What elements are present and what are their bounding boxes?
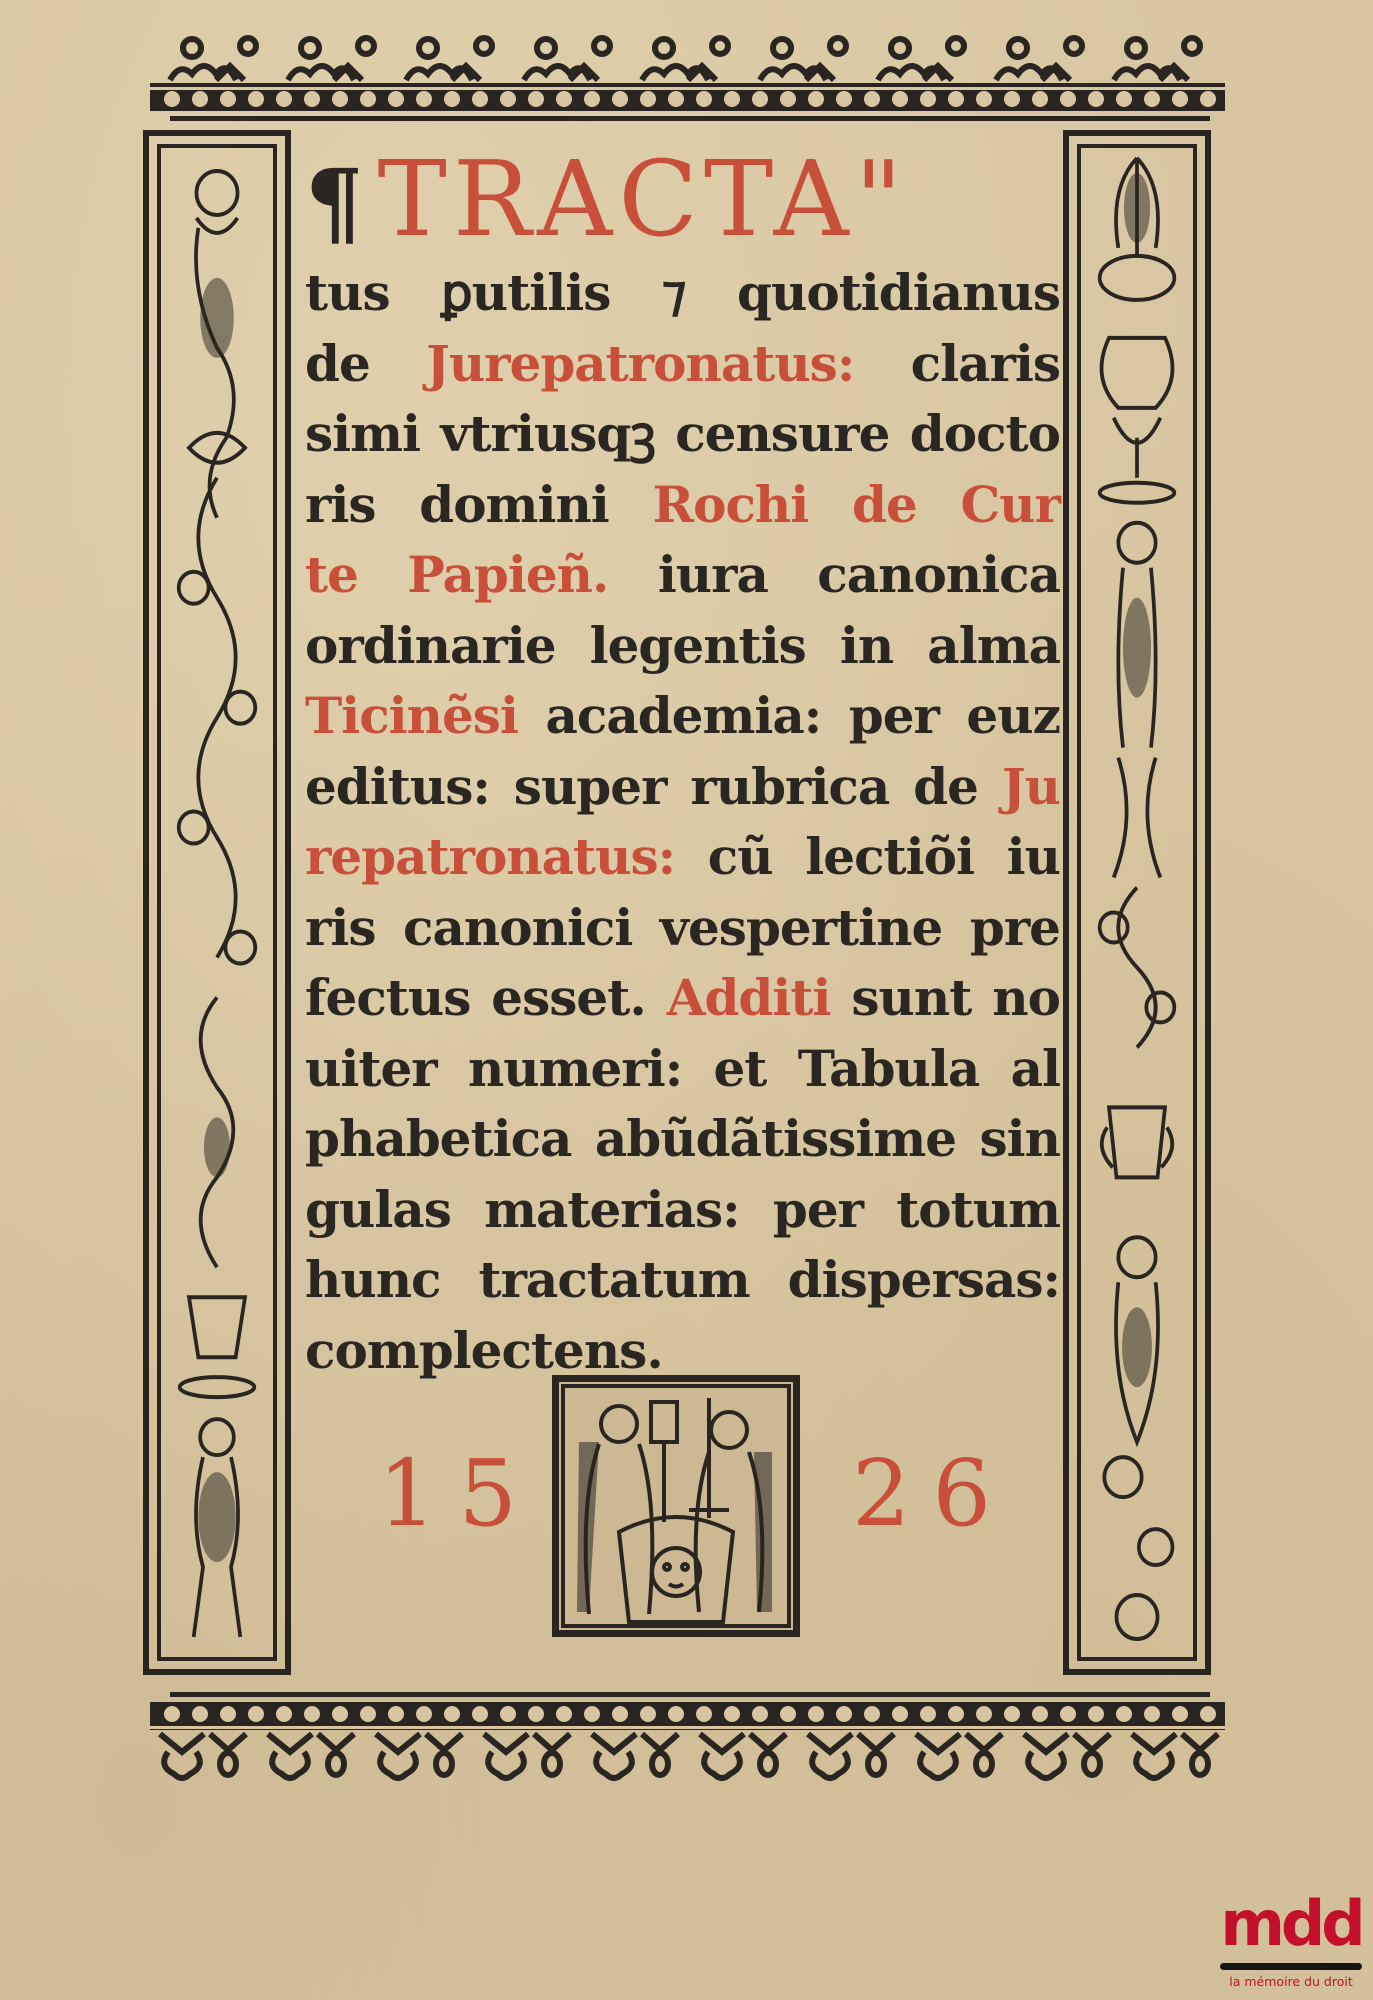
title-line-6: te Papieñ. iura canonica — [305, 540, 1060, 611]
title-line-9: editus: super rubrica de Ju — [305, 752, 1060, 823]
rubric-segment: Rochi de Cur — [653, 475, 1060, 534]
logo-divider — [1220, 1963, 1362, 1970]
text-segment: simi vtriusqꝫ censure docto — [305, 404, 1060, 463]
text-segment: uiter numeri: et Tabula al — [305, 1039, 1060, 1098]
title-word-tractatus: TRACTA" — [378, 138, 909, 260]
title-line-2: tus ꝑutilis ⁊ quotidianus — [305, 258, 1060, 329]
pilcrow-mark: ¶ — [305, 149, 370, 257]
text-segment: complectens. — [305, 1321, 663, 1380]
text-segment: de — [305, 334, 426, 393]
title-line-10: repatronatus: cũ lectiõi iu — [305, 822, 1060, 893]
year-right: 26 — [852, 1440, 1013, 1547]
rubric-segment: Additi — [667, 968, 831, 1027]
bottom-ornamental-border — [150, 1690, 1225, 1785]
rubric-segment: te Papieñ. — [305, 545, 608, 604]
title-line-3: de Jurepatronatus: claris — [305, 329, 1060, 400]
rubric-segment: repatronatus: — [305, 827, 675, 886]
left-woodcut-panel — [143, 130, 291, 1675]
text-segment: academia: per euz — [518, 686, 1060, 745]
text-segment: editus: super rubrica de — [305, 757, 1002, 816]
year-left: 15 — [378, 1440, 539, 1547]
mdd-logo: mdd la mémoire du droit — [1212, 1893, 1370, 1997]
printers-device-woodcut — [552, 1375, 800, 1637]
title-line-11: ris canonici vespertine pre — [305, 893, 1060, 964]
rubric-segment: Ju — [1002, 757, 1060, 816]
title-line-12: fectus esset. Additi sunt no — [305, 963, 1060, 1034]
text-segment: iura canonica — [608, 545, 1060, 604]
text-segment: phabetica abũdãtissime sin — [305, 1109, 1060, 1168]
title-line-5: ris domini Rochi de Cur — [305, 470, 1060, 541]
title-line-7: ordinarie legentis in alma — [305, 611, 1060, 682]
rubric-segment: Jurepatronatus: — [426, 334, 854, 393]
right-woodcut-panel — [1063, 130, 1211, 1675]
text-segment: fectus esset. — [305, 968, 667, 1027]
text-segment: ordinarie legentis in alma — [305, 616, 1060, 675]
rubric-segment: Ticinẽsi — [305, 686, 518, 745]
title-text-block: ¶TRACTA" tus ꝑutilis ⁊ quotidianus de Ju… — [305, 140, 1060, 1386]
text-segment: claris — [854, 334, 1060, 393]
top-ornamental-border — [150, 28, 1225, 123]
title-line-14: phabetica abũdãtissime sin — [305, 1104, 1060, 1175]
title-line-4: simi vtriusqꝫ censure docto — [305, 399, 1060, 470]
text-segment: ris domini — [305, 475, 653, 534]
title-line-13: uiter numeri: et Tabula al — [305, 1034, 1060, 1105]
title-line-16: hunc tractatum dispersas: — [305, 1245, 1060, 1316]
title-line-1: ¶TRACTA" — [305, 140, 1060, 258]
text-segment: hunc tractatum dispersas: — [305, 1250, 1060, 1309]
text-segment: tus ꝑutilis ⁊ quotidianus — [305, 263, 1060, 322]
text-segment: cũ lectiõi iu — [675, 827, 1060, 886]
text-segment: ris canonici vespertine pre — [305, 898, 1060, 957]
logo-tagline: la mémoire du droit — [1212, 1974, 1370, 1989]
title-line-8: Ticinẽsi academia: per euz — [305, 681, 1060, 752]
text-segment: gulas materias: per totum — [305, 1180, 1060, 1239]
text-segment: sunt no — [830, 968, 1060, 1027]
title-line-15: gulas materias: per totum — [305, 1175, 1060, 1246]
logo-mark: mdd — [1212, 1893, 1370, 1957]
